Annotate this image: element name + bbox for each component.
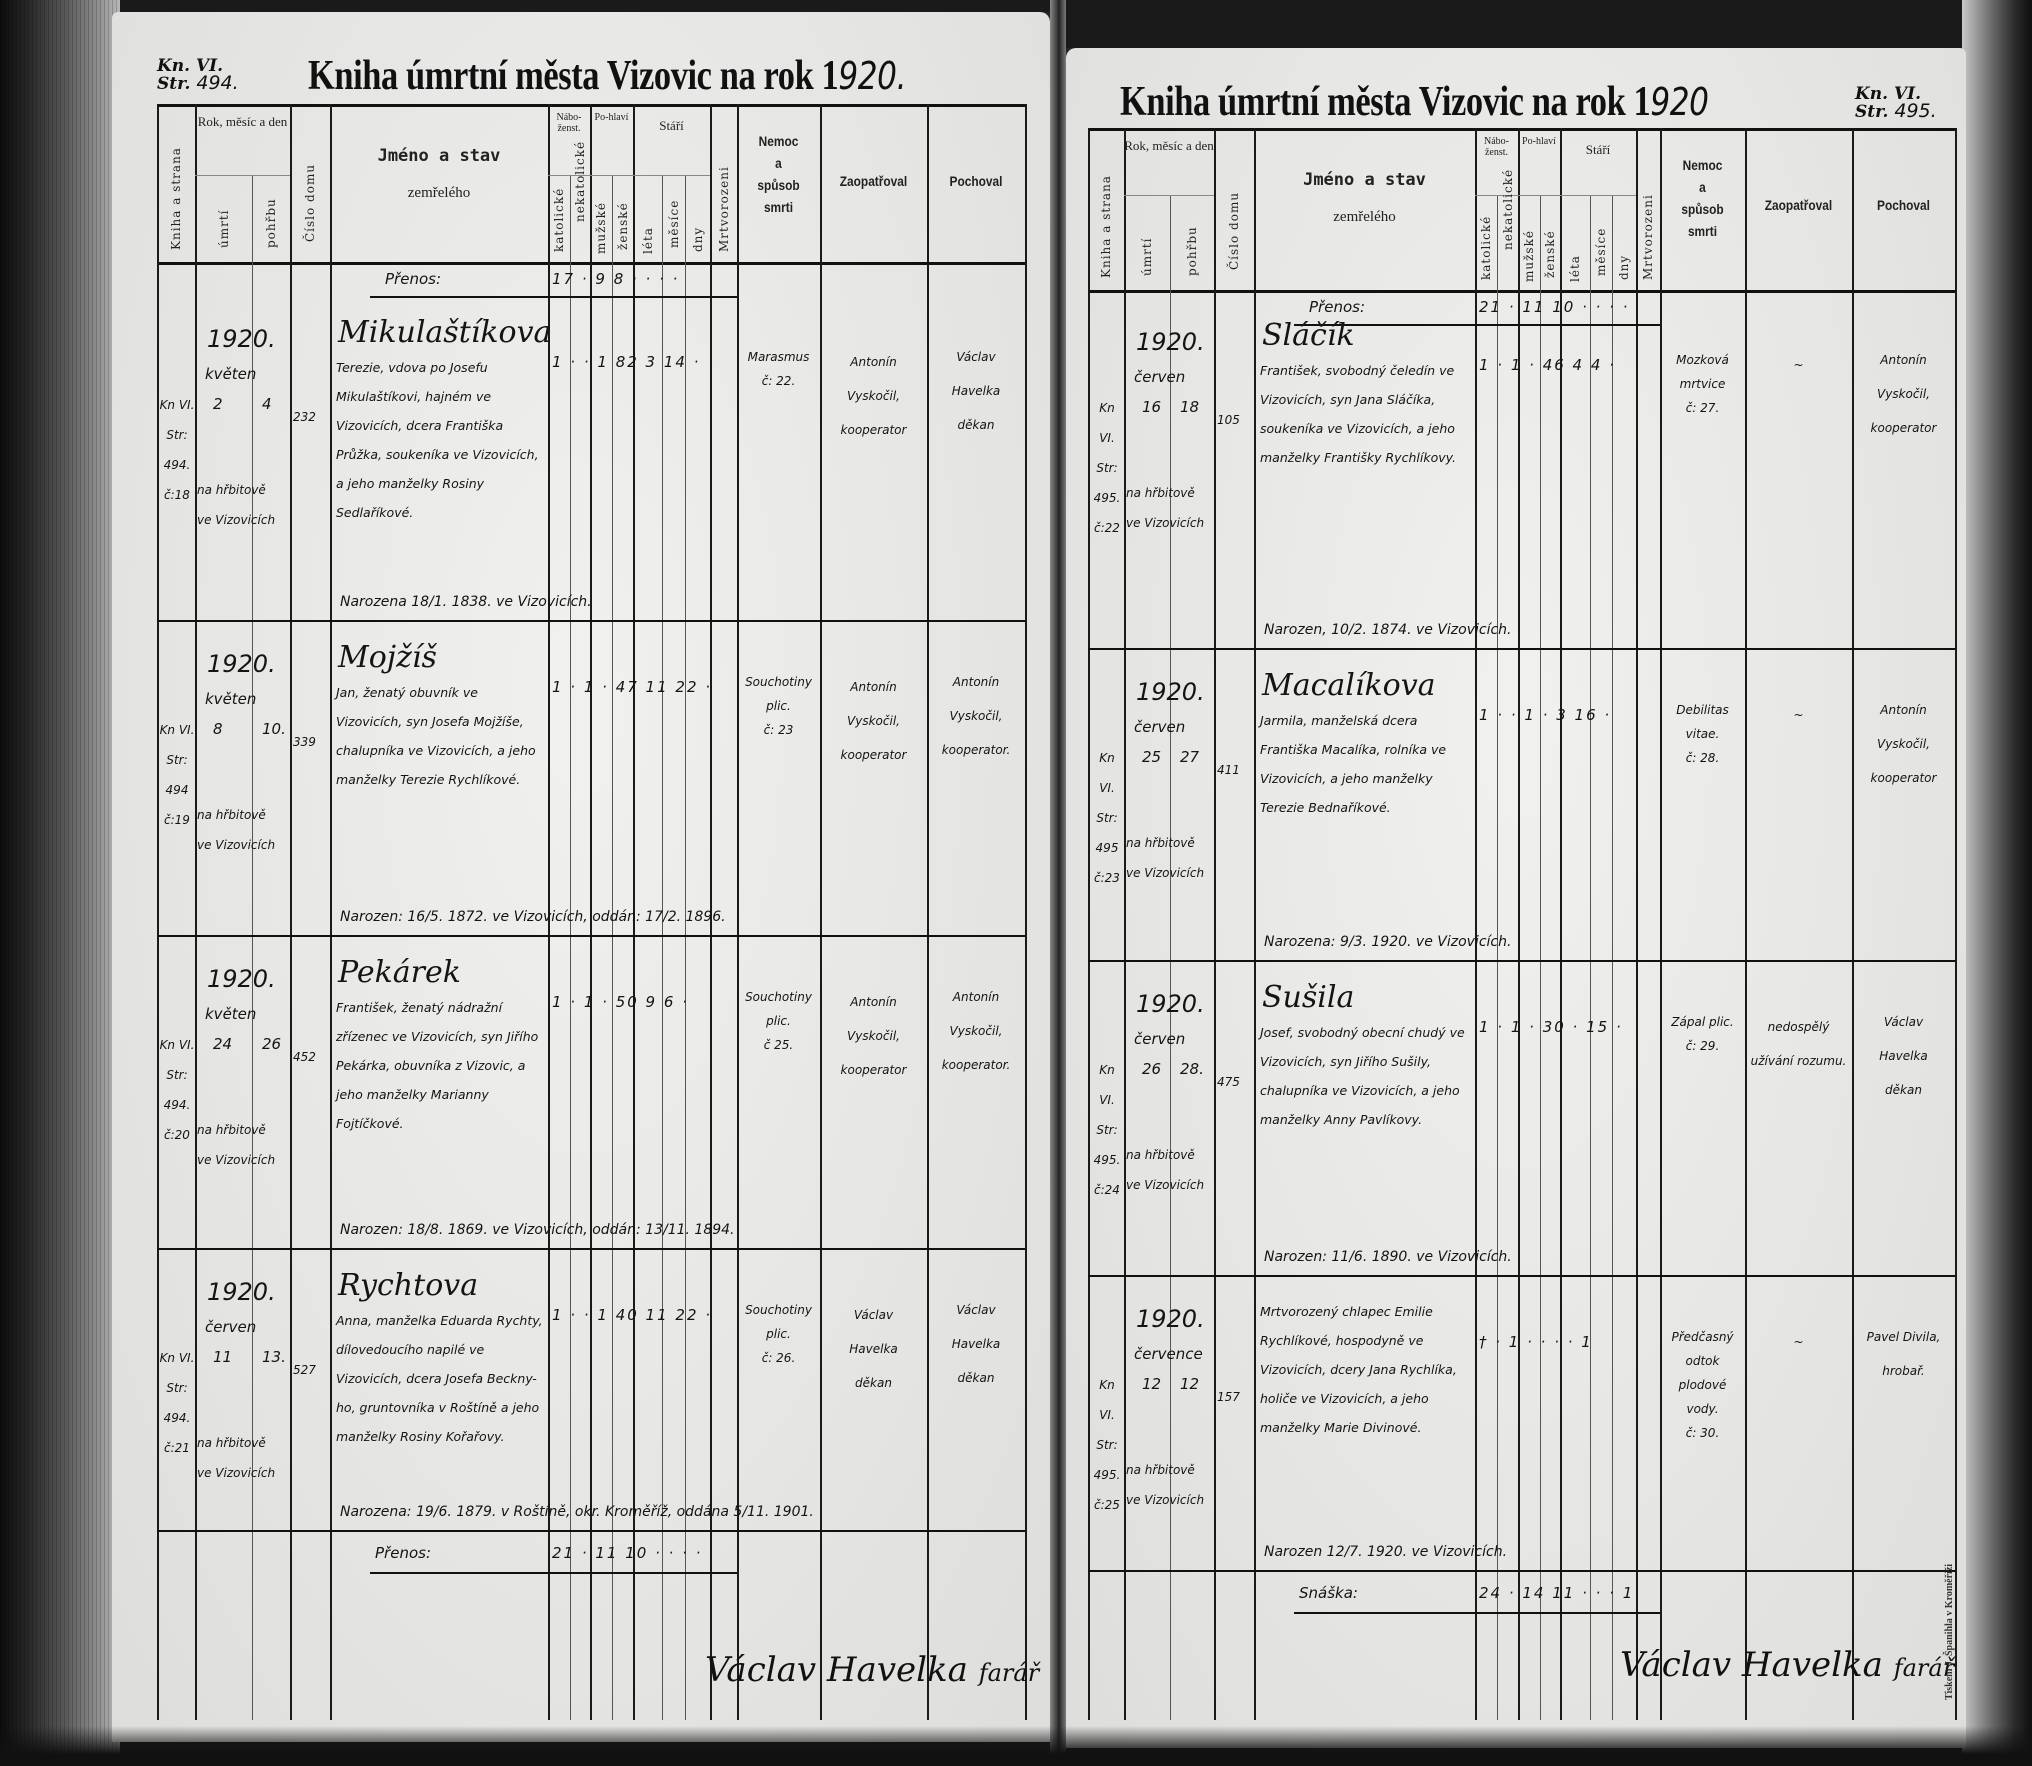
header-mesice: měsíce [1594, 228, 1608, 276]
book-page-edges-right [1962, 0, 2032, 1766]
entry-description: František, ženatý nádražní zřízenec ve V… [336, 993, 544, 1138]
entry-month: červen [1134, 718, 1185, 736]
header-nemoc: Nemoc [743, 134, 814, 149]
buried-by-line: Havelka [1855, 1039, 1952, 1073]
entry-buried-by: AntonínVyskočil,kooperator. [930, 665, 1022, 767]
header-rok-mesic-den: Rok, měsíc a den [195, 114, 290, 129]
entry-separator [1088, 648, 1955, 650]
header-nemoc: a [1666, 180, 1738, 195]
header-katolicke: katolické [1479, 216, 1493, 280]
burial-place-line: ve Vizovicích [197, 1145, 288, 1175]
header-kniha-strana: Kniha a strana [1099, 175, 1113, 278]
book-page-edges-left [0, 0, 120, 1766]
buried-by-line: kooperator. [930, 1048, 1022, 1082]
column-rule [1745, 128, 1747, 1720]
buried-by-line: Pavel Divila, [1855, 1320, 1952, 1354]
carry-in-rule [370, 296, 737, 298]
provided-by-line: Vyskočil, [823, 1019, 924, 1053]
header-mrtvorozeni: Mrtvorozeni [717, 166, 731, 252]
cause-line: Marasmus [740, 345, 817, 369]
column-rule [1955, 128, 1957, 1720]
subheader-rule [1475, 195, 1636, 196]
entry-house-number: 339 [293, 735, 316, 749]
cause-line: Mozková mrtvice [1663, 348, 1742, 396]
buried-by-line: Václav [930, 1293, 1022, 1327]
entry-cause-of-death: Zápal plic.č: 29. [1663, 1010, 1742, 1058]
entry-burial-place: na hřbitověve Vizovicích [1126, 828, 1212, 888]
book-ref-line: Str: [1090, 803, 1124, 833]
header-mrtvorozeni: Mrtvorozeni [1641, 194, 1655, 280]
header-nabozenstvi: Nábo-ženst. [1475, 136, 1518, 158]
entry-house-number: 157 [1217, 1390, 1240, 1404]
entry-description: Josef, svobodný obecní chudý ve Vizovicí… [1260, 1018, 1471, 1134]
book-ref-line: Str: [159, 745, 195, 775]
book-ref-line: č:19 [159, 805, 195, 835]
cause-line: Souchotiny plic. [740, 985, 817, 1033]
entry-provided-by: nedospělýužívání rozumu. [1748, 1010, 1849, 1078]
header-zemreleho: zemřelého [330, 186, 548, 201]
book-ref-line: č:25 [1090, 1490, 1124, 1520]
book-ref-line: č:18 [159, 480, 195, 510]
entry-book-ref: Kn VI.Str:495.č:24 [1090, 1055, 1124, 1205]
entry-book-ref: Kn VI.Str:494.č:20 [159, 1030, 195, 1150]
buried-by-line: Havelka [930, 374, 1022, 408]
book-ref-line: 494. [159, 1403, 195, 1433]
book-ref-line: Kn VI. [1090, 393, 1124, 453]
column-rule [685, 175, 686, 1720]
entry-month: červen [205, 1318, 256, 1336]
cause-line: č 25. [740, 1033, 817, 1057]
signature: Václav Havelka farář [1620, 1645, 1954, 1685]
entry-birth-line: Narozen: 11/6. 1890. ve Vizovicích. [1264, 1249, 1512, 1265]
entry-year: 1920. [1136, 1305, 1205, 1333]
entry-burial-place: na hřbitověve Vizovicích [1126, 478, 1212, 538]
column-rule [1497, 195, 1498, 1720]
entry-house-number: 527 [293, 1363, 316, 1377]
burial-place-line: na hřbitově [1126, 1140, 1212, 1170]
column-rule [737, 104, 739, 1720]
entry-separator [157, 1248, 1025, 1250]
book-ref-line: Str: [159, 1373, 195, 1403]
header-nekatolicke: nekatolické [573, 141, 587, 222]
entry-month: červen [1134, 1030, 1185, 1048]
burial-place-line: ve Vizovicích [1126, 508, 1212, 538]
entry-provided-by: AntonínVyskočil,kooperator [823, 345, 924, 447]
provided-by-line: Václav [823, 1298, 924, 1332]
column-rule [1612, 195, 1613, 1720]
burial-place-line: na hřbitově [1126, 1455, 1212, 1485]
buried-by-line: hrobař. [1855, 1354, 1952, 1388]
column-rule [662, 175, 663, 1720]
header-pohlavi: Po-hlaví [1518, 136, 1560, 147]
entry-description: František, svobodný čeledín ve Vizovicíc… [1260, 356, 1471, 472]
entry-birth-line: Narozena: 19/6. 1879. v Roštíně, okr. Kr… [340, 1504, 814, 1520]
provided-by-line: Vyskočil, [823, 379, 924, 413]
header-cislo-domu: Číslo domu [303, 164, 317, 242]
entry-surname: Rychtova [338, 1268, 478, 1303]
header-muzske: mužské [1522, 230, 1536, 282]
column-rule [612, 175, 613, 1720]
subheader-rule [1124, 195, 1214, 196]
entry-separator [157, 1530, 1025, 1532]
entry-separator [1088, 1275, 1955, 1277]
entry-year: 1920. [207, 965, 276, 993]
carry-out-rule [1294, 1612, 1660, 1614]
header-umrti: úmrtí [1140, 237, 1154, 276]
entry-book-ref: Kn VI.Str:495č:23 [1090, 743, 1124, 893]
entry-counts: 1 · 1 · 50 9 6 · [552, 993, 689, 1011]
entry-year: 1920. [207, 1278, 276, 1306]
entry-death-day: 2 [213, 395, 223, 413]
title-handwritten-year: 920. [838, 54, 906, 98]
entry-burial-day: 10. [262, 720, 286, 738]
entry-death-day: 24 [213, 1035, 232, 1053]
buried-by-line: kooperator [1855, 761, 1952, 795]
entry-death-day: 26 [1142, 1060, 1161, 1078]
entry-burial-place: na hřbitověve Vizovicích [197, 475, 288, 535]
entry-book-ref: Kn VI.Str:495.č:25 [1090, 1370, 1124, 1520]
entry-separator [1088, 960, 1955, 962]
carry-out-values: 24 · 14 11 · · · 1 [1479, 1584, 1634, 1602]
column-rule [1025, 104, 1027, 1720]
entry-counts: 1 · · 1 40 11 22 · [552, 1306, 712, 1324]
column-rule [1254, 128, 1256, 1720]
cause-line: Souchotiny plic. [740, 670, 817, 718]
header-zemreleho: zemřelého [1254, 210, 1475, 225]
entry-cause-of-death: Souchotiny plic.č: 23 [740, 670, 817, 742]
entry-burial-day: 27 [1180, 748, 1199, 766]
header-bottom-rule [1088, 290, 1955, 293]
buried-by-line: Havelka [930, 1327, 1022, 1361]
column-rule [252, 175, 253, 1720]
entry-year: 1920. [1136, 328, 1205, 356]
header-pohlavi: Po-hlaví [590, 112, 633, 123]
column-rule [330, 104, 332, 1720]
cause-line: č: 30. [1663, 1421, 1742, 1445]
header-nemoc: smrti [743, 200, 814, 215]
book-reference: Kn. VI.Str. 495. [1855, 86, 1937, 121]
burial-place-line: na hřbitově [1126, 828, 1212, 858]
provided-by-line: kooperator [823, 413, 924, 447]
entry-description: Jarmila, manželská dcera Františka Macal… [1260, 706, 1471, 822]
entry-cause-of-death: Souchotiny plic.č 25. [740, 985, 817, 1057]
header-dny: dny [1617, 255, 1631, 280]
entry-description: Terezie, vdova po Josefu Mikulaštíkovi, … [336, 353, 544, 527]
buried-by-line: děkan [1855, 1073, 1952, 1107]
entry-surname: Mikulaštíkova [338, 315, 551, 350]
book-ref-line: 495. [1090, 483, 1124, 513]
page-value: 495. [1894, 100, 1936, 122]
burial-place-line: ve Vizovicích [197, 1458, 288, 1488]
header-nemoc: a [743, 156, 814, 171]
buried-by-line: Vyskočil, [1855, 377, 1952, 411]
cause-line: Předčasný odtok plodové vody. [1663, 1325, 1742, 1421]
entry-burial-day: 18 [1180, 398, 1199, 416]
entry-provided-by: VáclavHavelkaděkan [823, 1298, 924, 1400]
entry-burial-day: 12 [1180, 1375, 1199, 1393]
entry-counts: 1 · 1 · 47 11 22 · [552, 678, 712, 696]
column-rule [1475, 128, 1477, 1720]
cause-line: č: 27. [1663, 396, 1742, 420]
entry-counts: 1 · · 1 · 3 16 · [1479, 706, 1611, 724]
title-printed: Kniha úmrtní města Vizovic na rok 1 [308, 53, 838, 99]
entry-year: 1920. [1136, 678, 1205, 706]
buried-by-line: Vyskočil, [930, 1014, 1022, 1048]
book-ref-line: č:24 [1090, 1175, 1124, 1205]
entry-house-number: 232 [293, 410, 316, 424]
bottom-shadow [0, 1726, 2032, 1766]
entry-buried-by: VáclavHavelkaděkan [930, 1293, 1022, 1395]
entry-birth-line: Narozen 12/7. 1920. ve Vizovicích. [1264, 1544, 1507, 1560]
entry-birth-line: Narozen, 10/2. 1874. ve Vizovicích. [1264, 622, 1512, 638]
entry-provided-by: ~ [1748, 1325, 1849, 1359]
header-stari: Stáří [1560, 142, 1636, 157]
entry-buried-by: Pavel Divila,hrobař. [1855, 1320, 1952, 1388]
entry-book-ref: Kn VI.Str:494.č:18 [159, 390, 195, 510]
entry-buried-by: VáclavHavelkaděkan [930, 340, 1022, 442]
entry-provided-by: AntonínVyskočil,kooperator [823, 670, 924, 772]
signature-role: farář [979, 1659, 1039, 1687]
entry-month: červen [1134, 368, 1185, 386]
provided-by-line: ~ [1748, 698, 1849, 732]
entry-birth-line: Narozena: 9/3. 1920. ve Vizovicích. [1264, 934, 1511, 950]
entry-counts: 1 · 1 · 30 · 15 · [1479, 1018, 1623, 1036]
book-ref-line: Str: [159, 420, 195, 450]
book-ref-line: 495. [1090, 1460, 1124, 1490]
burial-place-line: na hřbitově [197, 1428, 288, 1458]
burial-place-line: ve Vizovicích [197, 830, 288, 860]
provided-by-line: ~ [1748, 348, 1849, 382]
cause-line: Souchotiny plic. [740, 1298, 817, 1346]
entry-surname: Pekárek [338, 955, 461, 990]
column-rule [820, 104, 822, 1720]
book-ref-line: Kn VI. [159, 390, 195, 420]
entry-surname: Mojžíš [338, 640, 437, 675]
entry-provided-by: ~ [1748, 698, 1849, 732]
entry-book-ref: Kn VI.Str:494.č:21 [159, 1343, 195, 1463]
entry-description: Mrtvorozený chlapec Emilie Rychlíkové, h… [1260, 1297, 1471, 1442]
burial-place-line: na hřbitově [197, 1115, 288, 1145]
header-pochoval: Pochoval [1860, 198, 1948, 213]
subheader-rule [195, 175, 290, 176]
entry-birth-line: Narozena 18/1. 1838. ve Vizovicích. [340, 594, 592, 610]
entry-month: květen [205, 690, 256, 708]
signature-name: Václav Havelka [1620, 1645, 1894, 1685]
provided-by-line: kooperator [823, 738, 924, 772]
header-zaopatroval: Zaopatřoval [1753, 198, 1844, 213]
header-zenske: ženské [616, 202, 630, 250]
entry-counts: † · 1 · · · · 1 [1479, 1333, 1593, 1351]
entry-birth-line: Narozen: 18/8. 1869. ve Vizovicích, oddá… [340, 1222, 735, 1238]
header-katolicke: katolické [552, 188, 566, 252]
title-handwritten-year: 920 [1650, 80, 1708, 124]
book-ref-line: Str: [159, 1060, 195, 1090]
entry-house-number: 411 [1217, 763, 1240, 777]
entry-book-ref: Kn VI.Str:495.č:22 [1090, 393, 1124, 543]
page-number: Str. 494. [157, 75, 239, 93]
provided-by-line: Antonín [823, 670, 924, 704]
book-ref-line: 495 [1090, 833, 1124, 863]
entry-cause-of-death: Debilitas vitae.č: 28. [1663, 698, 1742, 770]
book-ref-line: Str: [1090, 453, 1124, 483]
carry-in-values: 21 · 11 10 · · · · [1479, 298, 1629, 316]
header-umrti: úmrtí [217, 209, 231, 248]
entry-surname: Sláčík [1262, 318, 1355, 353]
carry-in-label: Přenos: [1309, 298, 1365, 316]
provided-by-line: kooperator [823, 1053, 924, 1087]
book-ref-line: Kn VI. [1090, 1370, 1124, 1430]
carry-in-values: 17 · 9 8 · · · · [552, 270, 679, 288]
burial-place-line: ve Vizovicích [1126, 1170, 1212, 1200]
carry-out-rule [370, 1572, 737, 1574]
cause-line: č: 23 [740, 718, 817, 742]
burial-place-line: na hřbitově [197, 475, 288, 505]
page-title: Kniha úmrtní města Vizovic na rok 1920. [308, 52, 906, 100]
book-ref-line: Str: [1090, 1430, 1124, 1460]
header-nekatolicke: nekatolické [1501, 169, 1515, 250]
book-reference: Kn. VI.Str. 494. [157, 58, 239, 93]
carry-out-label: Přenos: [375, 1544, 431, 1562]
provided-by-line: Antonín [823, 985, 924, 1019]
signature: Václav Havelka farář [705, 1650, 1039, 1690]
header-muzske: mužské [594, 202, 608, 254]
entry-cause-of-death: Souchotiny plic.č: 26. [740, 1298, 817, 1370]
buried-by-line: Vyskočil, [930, 699, 1022, 733]
page-value: 494. [196, 72, 238, 94]
column-rule [570, 175, 571, 1720]
header-jmeno: Jméno a stav [1254, 173, 1475, 188]
burial-place-line: na hřbitově [197, 800, 288, 830]
burial-place-line: ve Vizovicích [1126, 1485, 1212, 1515]
entry-year: 1920. [207, 650, 276, 678]
entry-house-number: 452 [293, 1050, 316, 1064]
header-cislo-domu: Číslo domu [1227, 192, 1241, 270]
header-zenske: ženské [1543, 230, 1557, 278]
header-nemoc: spůsob [1666, 202, 1738, 217]
entry-burial-place: na hřbitověve Vizovicích [197, 1428, 288, 1488]
book-ref-line: Kn VI. [159, 1030, 195, 1060]
header-pohrbu: pohřbu [1185, 226, 1199, 276]
entry-buried-by: VáclavHavelkaděkan [1855, 1005, 1952, 1107]
header-jmeno: Jméno a stav [330, 149, 548, 164]
entry-year: 1920. [1136, 990, 1205, 1018]
header-kniha-strana: Kniha a strana [169, 147, 183, 250]
entry-house-number: 105 [1217, 413, 1240, 427]
header-nemoc: spůsob [743, 178, 814, 193]
carry-out-values: 21 · 11 10 · · · · [552, 1544, 702, 1562]
entry-buried-by: AntonínVyskočil,kooperator [1855, 343, 1952, 445]
entry-counts: 1 · 1 · 46 4 4 · [1479, 356, 1616, 374]
entry-death-day: 16 [1142, 398, 1161, 416]
provided-by-line: Havelka [823, 1332, 924, 1366]
book-ref-line: 494. [159, 1090, 195, 1120]
book-ref-line: 495. [1090, 1145, 1124, 1175]
header-nabozenstvi: Nábo-ženst. [548, 112, 590, 134]
header-pochoval: Pochoval [934, 174, 1017, 189]
entry-book-ref: Kn VI.Str:494č:19 [159, 715, 195, 835]
entry-description: Anna, manželka Eduarda Rychty, dílovedou… [336, 1306, 544, 1451]
buried-by-line: děkan [930, 1361, 1022, 1395]
book-ref-line: 494 [159, 775, 195, 805]
header-pohrbu: pohřbu [264, 198, 278, 248]
signature-name: Václav Havelka [705, 1650, 979, 1690]
book-ref-line: Str: [1090, 1115, 1124, 1145]
header-rok-mesic-den: Rok, měsíc a den [1124, 138, 1214, 153]
column-rule [927, 104, 929, 1720]
table-top-rule [1088, 128, 1955, 131]
entry-burial-place: na hřbitověve Vizovicích [197, 1115, 288, 1175]
book-ref-line: č:20 [159, 1120, 195, 1150]
column-rule [1214, 128, 1216, 1720]
buried-by-line: Antonín [930, 665, 1022, 699]
entry-burial-place: na hřbitověve Vizovicích [197, 800, 288, 860]
buried-by-line: kooperator [1855, 411, 1952, 445]
entry-separator [157, 620, 1025, 622]
cause-line: č: 29. [1663, 1034, 1742, 1058]
entry-provided-by: ~ [1748, 348, 1849, 382]
page-label: Str. [1855, 102, 1894, 122]
entry-burial-day: 13. [262, 1348, 286, 1366]
entry-buried-by: AntonínVyskočil,kooperator. [930, 980, 1022, 1082]
buried-by-line: Antonín [1855, 343, 1952, 377]
column-rule [1590, 195, 1591, 1720]
provided-by-line: užívání rozumu. [1748, 1044, 1849, 1078]
entry-year: 1920. [207, 325, 276, 353]
entry-burial-day: 4 [262, 395, 272, 413]
provided-by-line: Vyskočil, [823, 704, 924, 738]
header-leta: léta [1568, 255, 1582, 282]
page-number: Str. 495. [1855, 103, 1937, 121]
entry-month: květen [205, 365, 256, 383]
burial-place-line: ve Vizovicích [1126, 858, 1212, 888]
entry-description: Jan, ženatý obuvník ve Vizovicích, syn J… [336, 678, 544, 794]
entry-provided-by: AntonínVyskočil,kooperator [823, 985, 924, 1087]
entry-death-day: 11 [213, 1348, 232, 1366]
column-rule [157, 104, 159, 1720]
cause-line: č: 26. [740, 1346, 817, 1370]
book-ref-line: Kn VI. [1090, 1055, 1124, 1115]
book-ref-line: č:21 [159, 1433, 195, 1463]
buried-by-line: Antonín [930, 980, 1022, 1014]
buried-by-line: Václav [1855, 1005, 1952, 1039]
header-nemoc: Nemoc [1666, 158, 1738, 173]
cause-line: Zápal plic. [1663, 1010, 1742, 1034]
page-title: Kniha úmrtní města Vizovic na rok 1920 [1120, 78, 1709, 126]
buried-by-line: Vyskočil, [1855, 727, 1952, 761]
entry-separator [157, 935, 1025, 937]
header-mesice: měsíce [667, 200, 681, 248]
entry-burial-place: na hřbitověve Vizovicích [1126, 1140, 1212, 1200]
entry-burial-day: 26 [262, 1035, 281, 1053]
burial-place-line: ve Vizovicích [197, 505, 288, 535]
book-ref-line: č:23 [1090, 863, 1124, 893]
entry-cause-of-death: Marasmusč: 22. [740, 345, 817, 393]
header-stari: Stáří [633, 118, 710, 133]
book-ref-line: č:22 [1090, 513, 1124, 543]
column-rule [1660, 128, 1662, 1720]
buried-by-line: Antonín [1855, 693, 1952, 727]
cause-line: Debilitas vitae. [1663, 698, 1742, 746]
cause-line: č: 28. [1663, 746, 1742, 770]
buried-by-line: děkan [930, 408, 1022, 442]
entry-buried-by: AntonínVyskočil,kooperator [1855, 693, 1952, 795]
provided-by-line: nedospělý [1748, 1010, 1849, 1044]
book-ref-line: 494. [159, 450, 195, 480]
entry-house-number: 475 [1217, 1075, 1240, 1089]
book-gutter [1050, 0, 1066, 1766]
header-leta: léta [641, 227, 655, 254]
entry-death-day: 25 [1142, 748, 1161, 766]
